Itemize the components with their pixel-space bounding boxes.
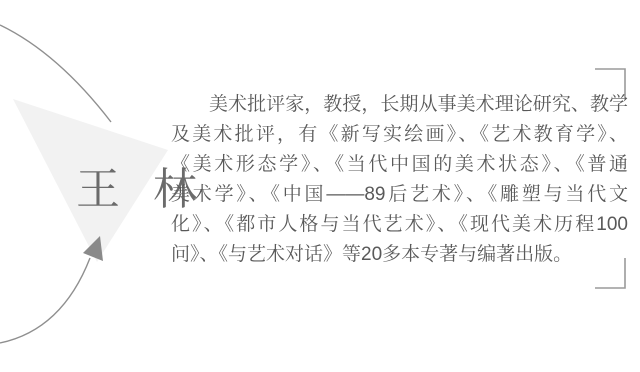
bio-paragraph: 美术批评家，教授，长期从事美术理论研究、教学 及美术批评，有《新写实绘画》、《艺… xyxy=(171,90,628,270)
top-left-arc xyxy=(0,25,111,122)
bio-card: 王 林 美术批评家，教授，长期从事美术理论研究、教学 及美术批评，有《新写实绘画… xyxy=(0,0,640,372)
arrow-curve xyxy=(0,258,90,343)
bio-line: 《美术形态学》、《当代中国的美术状态》、《普通 xyxy=(171,150,628,180)
bio-line: 及美术批评，有《新写实绘画》、《艺术教育学》、 xyxy=(171,120,628,150)
bio-line: 美术学》、《中国——89后艺术》、《雕塑与当代文 xyxy=(171,180,628,210)
bio-line: 美术批评家，教授，长期从事美术理论研究、教学 xyxy=(171,90,628,120)
person-name-char-1: 王 xyxy=(76,166,120,214)
bio-line: 问》、《与艺术对话》等20多本专著与编著出版。 xyxy=(171,240,628,270)
bio-line: 化》、《都市人格与当代艺术》、《现代美术历程100 xyxy=(171,210,628,240)
